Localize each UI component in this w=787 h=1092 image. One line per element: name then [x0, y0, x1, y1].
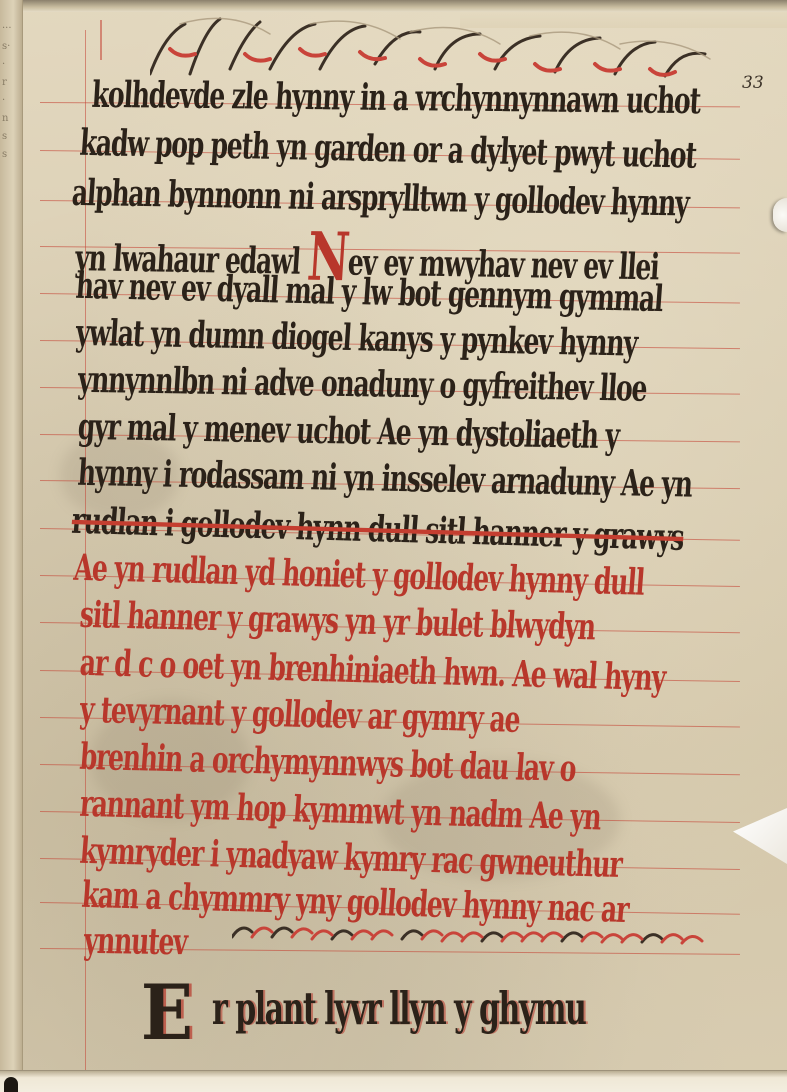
text-line: ynnynnlbn ni adve onaduny o gyfreithev l… [77, 358, 648, 409]
text-line: kadw pop peth yn garden or a dylyet pwyt… [79, 122, 698, 177]
decorated-initial-e: E [141, 968, 193, 1057]
bottom-edge [0, 1070, 787, 1092]
pricking-mark [100, 20, 102, 60]
text-line: ynnutev [83, 919, 188, 962]
manuscript-page: ··· s· · r · n s s 33 kolhdevde zle [0, 0, 787, 1092]
adjacent-leaf: ··· s· · r · n s s [0, 0, 23, 1092]
explicit-text: r plant lyvr llyn y ghymu [212, 983, 585, 1036]
explicit-colophon: E r plant lyvr llyn y ghymu [138, 968, 658, 1068]
adjacent-leaf-text: ··· s· · r · n s s [2, 20, 18, 164]
folio-number: 33 [742, 73, 764, 93]
text-line: kolhdevde zle hynny in a vrchynnynnawn u… [91, 73, 701, 121]
top-edge [20, 0, 787, 12]
cadel-flourishes [150, 14, 720, 84]
paper-slip-marker [733, 808, 787, 864]
text-line: sitl hanner y grawys yn yr bulet blwydyn [78, 594, 596, 649]
line-filler-flourish [232, 917, 712, 947]
text-line: ywlat yn dumn diogel kanys y pynkev hynn… [75, 311, 639, 364]
page-tab-marker [773, 198, 787, 232]
